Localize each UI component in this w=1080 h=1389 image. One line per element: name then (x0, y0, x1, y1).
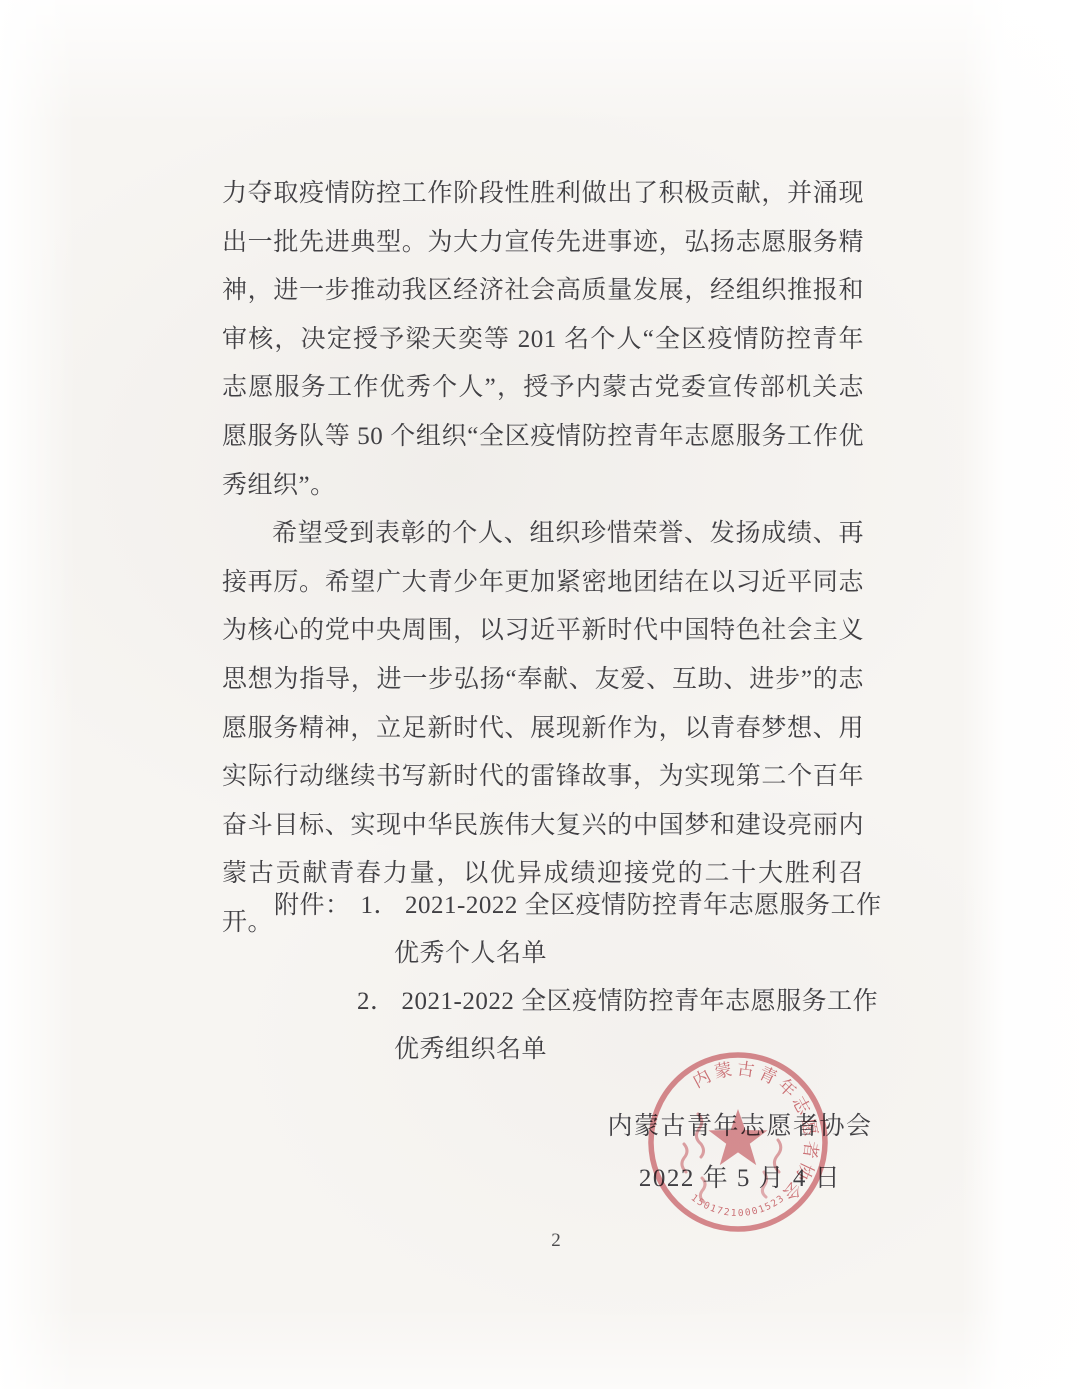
attachment-1-number: 1． (361, 892, 400, 919)
attachment-item-1-subtitle: 优秀个人名单 (394, 930, 1080, 978)
official-seal-graphic: 内蒙古青年志愿者协会 15017210001523 (644, 1048, 832, 1236)
attachment-item-2: 2．2021-2022 全区疫情防控青年志愿服务工作 (357, 978, 1080, 1026)
page-number: 2 (540, 1230, 572, 1252)
mongolian-script-mark (696, 1114, 703, 1157)
mongolian-script-mark (774, 1140, 780, 1172)
attachment-1-subtitle-text: 优秀个人名单 (394, 940, 547, 967)
attachment-2-subtitle-text: 优秀组织名单 (394, 1036, 547, 1063)
seal-serial-number: 15017210001523 (689, 1193, 787, 1220)
attachment-1-title: 2021-2022 全区疫情防控青年志愿服务工作 (405, 892, 882, 919)
attachments-section: 附件：1．2021-2022 全区疫情防控青年志愿服务工作 优秀个人名单 2．2… (0, 882, 1080, 1074)
attachment-item-1: 附件：1．2021-2022 全区疫情防控青年志愿服务工作 (274, 882, 1080, 930)
mongolian-script-mark (762, 1172, 766, 1197)
seal-star-icon (709, 1109, 768, 1165)
official-seal: 内蒙古青年志愿者协会 15017210001523 (644, 1048, 832, 1236)
mongolian-script-mark (682, 1144, 687, 1172)
scanned-document-page: 力夺取疫情防控工作阶段性胜利做出了积极贡献，并涌现出一批先进典型。为大力宣传先进… (0, 0, 1080, 1389)
attachment-2-number: 2． (357, 988, 396, 1015)
attachments-label: 附件： (274, 892, 351, 919)
mongolian-script-mark (700, 1178, 705, 1202)
paragraph-continuation: 力夺取疫情防控工作阶段性胜利做出了积极贡献，并涌现出一批先进典型。为大力宣传先进… (222, 170, 864, 510)
attachment-2-title: 2021-2022 全区疫情防控青年志愿服务工作 (402, 988, 879, 1015)
document-body: 力夺取疫情防控工作阶段性胜利做出了积极贡献，并涌现出一批先进典型。为大力宣传先进… (222, 170, 864, 948)
